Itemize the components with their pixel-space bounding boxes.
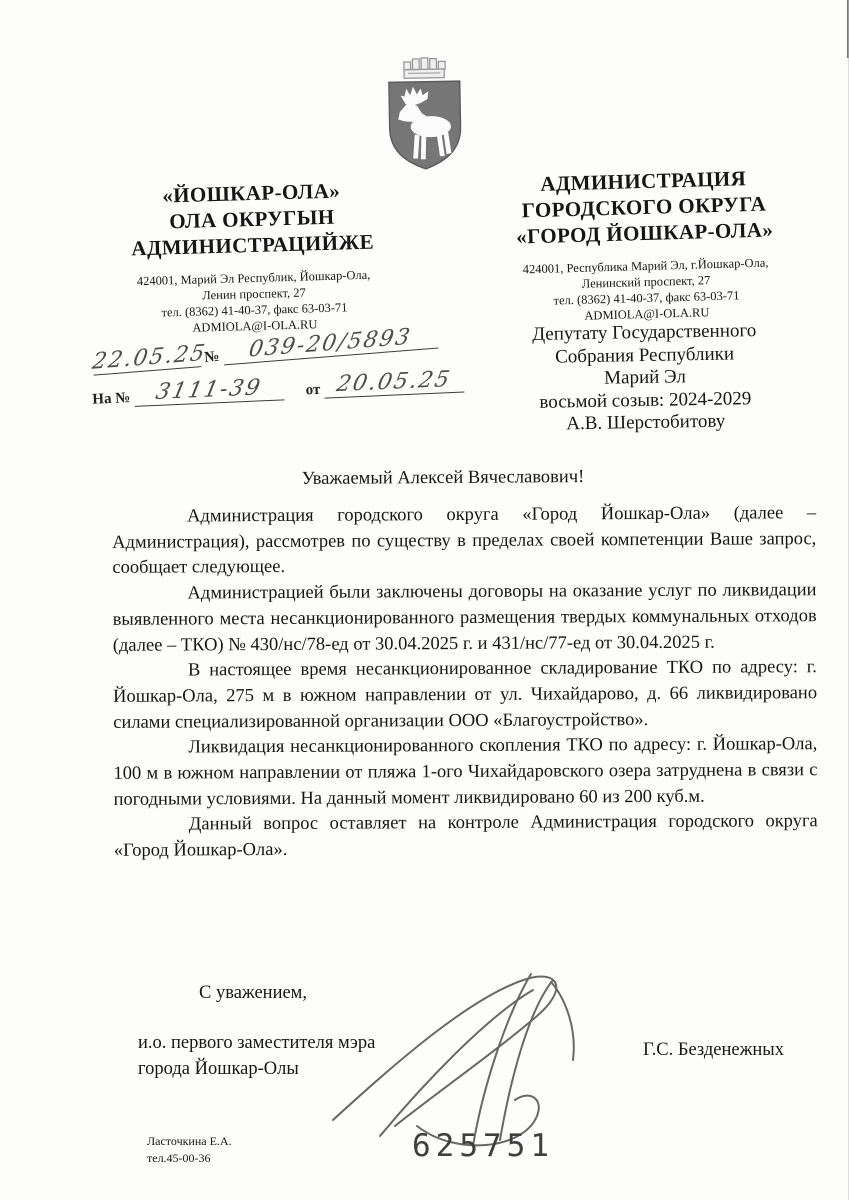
letter-body: Администрация городского округа «Город Й…: [112, 501, 818, 865]
outgoing-date-field: 22.05.25: [92, 341, 202, 375]
incoming-reference-row: На № 3111-39 от 20.05.25: [92, 365, 493, 408]
incoming-number-handwritten: 3111-39: [154, 375, 264, 405]
paragraph: Данный вопрос оставляет на контроле Адми…: [114, 810, 818, 865]
paragraph: В настоящее время несанкционированное ск…: [113, 655, 817, 736]
from-label: от: [305, 382, 320, 399]
incoming-number-field: 3111-39: [133, 374, 284, 407]
letterhead-right-address: 424001, Республика Марий Эл, г.Йошкар-Ол…: [480, 253, 812, 326]
registration-stamp-number: 625751: [412, 1128, 554, 1164]
coat-of-arms-icon: [375, 53, 475, 189]
outgoing-date-handwritten: 22.05.25: [90, 341, 208, 375]
recipient-block: Депутату Государственного Собрания Респу…: [469, 319, 821, 438]
letterhead-left: «ЙОШКАР-ОЛА» ОЛА ОКРУГЫН АДМИНИСТРАЦИЙЖЕ…: [86, 175, 420, 338]
paragraph: Администрация городского округа «Город Й…: [112, 501, 816, 582]
executor-phone: тел.45-00-36: [147, 1150, 232, 1167]
letterhead-right: АДМИНИСТРАЦИЯ ГОРОДСКОГО ОКРУГА «ГОРОД Й…: [478, 163, 812, 326]
signer-name: Г.С. Безденежных: [643, 1040, 784, 1061]
executor-block: Ласточкина Е.А. тел.45-00-36: [147, 1133, 232, 1167]
regards-line: С уважением,: [199, 983, 307, 1004]
letter-page: «ЙОШКАР-ОЛА» ОЛА ОКРУГЫН АДМИНИСТРАЦИЙЖЕ…: [0, 0, 849, 1200]
letterhead-left-title: «ЙОШКАР-ОЛА» ОЛА ОКРУГЫН АДМИНИСТРАЦИЙЖЕ: [86, 175, 418, 262]
reply-to-label: На №: [92, 390, 131, 408]
letterhead-right-title: АДМИНИСТРАЦИЯ ГОРОДСКОГО ОКРУГА «ГОРОД Й…: [478, 163, 810, 250]
executor-name: Ласточкина Е.А.: [147, 1133, 232, 1150]
paragraph: Ликвидация несанкционированного скоплени…: [113, 732, 817, 813]
signature-scribble: [325, 968, 595, 1148]
incoming-date-handwritten: 20.05.25: [334, 367, 453, 397]
incoming-date-field: 20.05.25: [323, 367, 464, 399]
recipient-line: А.В. Шерстобитову: [471, 409, 821, 438]
salutation: Уважаемый Алексей Вячеславович!: [113, 466, 773, 492]
paragraph: Администрацией были заключены договоры н…: [112, 578, 816, 659]
